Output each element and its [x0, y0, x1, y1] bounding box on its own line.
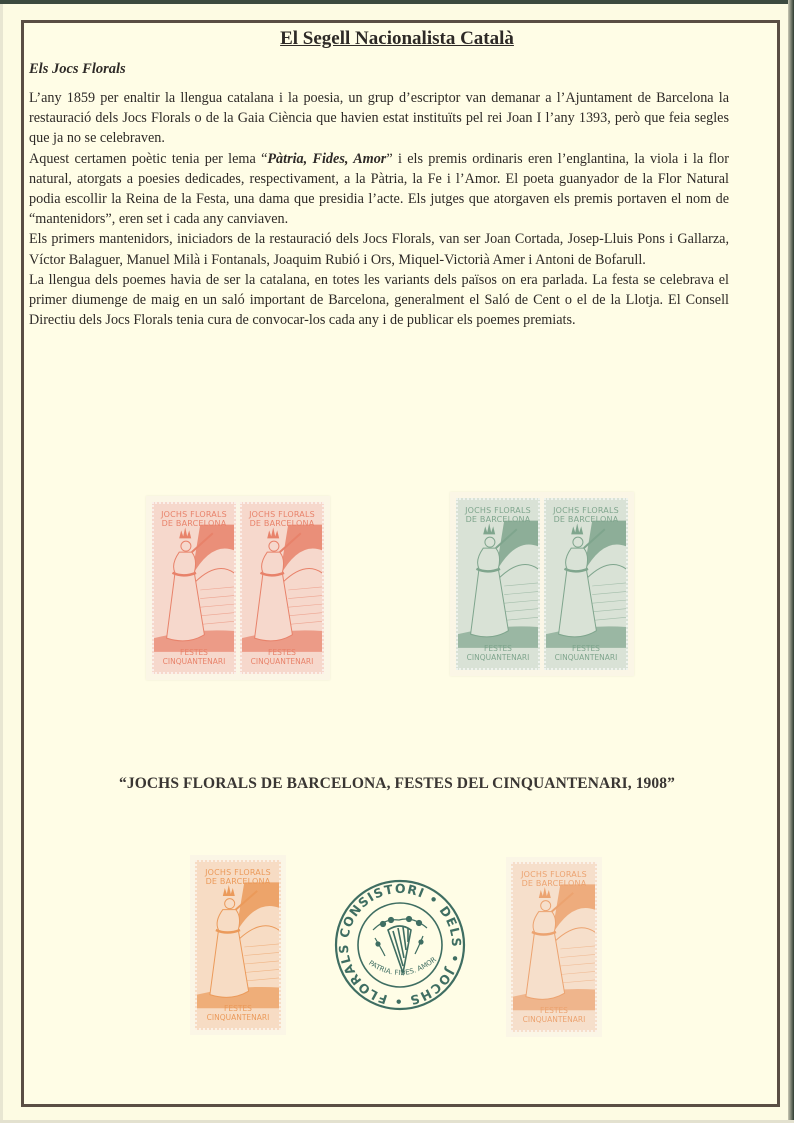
scan-right-edge — [788, 0, 794, 1123]
stamp-foot: FESTESCINQUANTENARI — [517, 1006, 591, 1024]
paragraph-2: Aquest certamen poètic tenia per lema “P… — [29, 149, 729, 230]
stamp-title: JOCHS FLORALSDE BARCELONA — [550, 506, 622, 524]
stamp-title: JOCHS FLORALSDE BARCELONA — [158, 510, 230, 528]
scan-top-edge — [0, 0, 794, 4]
stamp: JOCHS FLORALSDE BARCELONA FESTESCINQUANT… — [240, 502, 324, 674]
section-subtitle: Els Jocs Florals — [29, 61, 126, 78]
stamp: JOCHS FLORALSDE BARCELONA FESTESCINQUANT… — [456, 498, 540, 670]
stamp-title: JOCHS FLORALSDE BARCELONA — [246, 510, 318, 528]
page-title: El Segell Nacionalista Català — [0, 28, 794, 50]
stamp: JOCHS FLORALSDE BARCELONA FESTESCINQUANT… — [195, 860, 281, 1030]
harp-icon — [388, 926, 411, 973]
stamp-pair-red: JOCHS FLORALSDE BARCELONA FESTESCINQUANT… — [146, 496, 330, 680]
stamp: JOCHS FLORALSDE BARCELONA FESTESCINQUANT… — [152, 502, 236, 674]
stamp-pair-green: JOCHS FLORALSDE BARCELONA FESTESCINQUANT… — [450, 492, 634, 676]
stamp-caption: “JOCHS FLORALS DE BARCELONA, FESTES DEL … — [0, 775, 794, 793]
paragraph-3: Els primers mantenidors, iniciadors de l… — [29, 229, 729, 269]
body-text: L’any 1859 per enaltir la llengua catala… — [29, 88, 729, 330]
stamp-single-right: JOCHS FLORALSDE BARCELONA FESTESCINQUANT… — [506, 857, 602, 1037]
motto: Pàtria, Fides, Amor — [267, 151, 386, 167]
stamp-title: JOCHS FLORALSDE BARCELONA — [462, 506, 534, 524]
scan-left-edge — [0, 4, 3, 1123]
stamp-foot: FESTESCINQUANTENARI — [462, 644, 534, 662]
stamp-foot: FESTESCINQUANTENARI — [158, 648, 230, 666]
stamp: JOCHS FLORALSDE BARCELONA FESTESCINQUANT… — [544, 498, 628, 670]
stamp-foot: FESTESCINQUANTENARI — [246, 648, 318, 666]
paragraph-4: La llengua dels poemes havia de ser la c… — [29, 270, 729, 331]
stamp-title: JOCHS FLORALSDE BARCELONA — [201, 868, 275, 886]
stamp: JOCHS FLORALSDE BARCELONA FESTESCINQUANT… — [511, 862, 597, 1032]
stamp-foot: FESTESCINQUANTENARI — [550, 644, 622, 662]
stamp-single-left: JOCHS FLORALSDE BARCELONA FESTESCINQUANT… — [190, 855, 286, 1035]
paragraph-1: L’any 1859 per enaltir la llengua catala… — [29, 88, 729, 149]
stamp-title: JOCHS FLORALSDE BARCELONA — [517, 870, 591, 888]
stamp-foot: FESTESCINQUANTENARI — [201, 1004, 275, 1022]
consistori-seal: CONSISTORI • DELS • JOCHS • FLORALS • DE… — [333, 878, 467, 1012]
